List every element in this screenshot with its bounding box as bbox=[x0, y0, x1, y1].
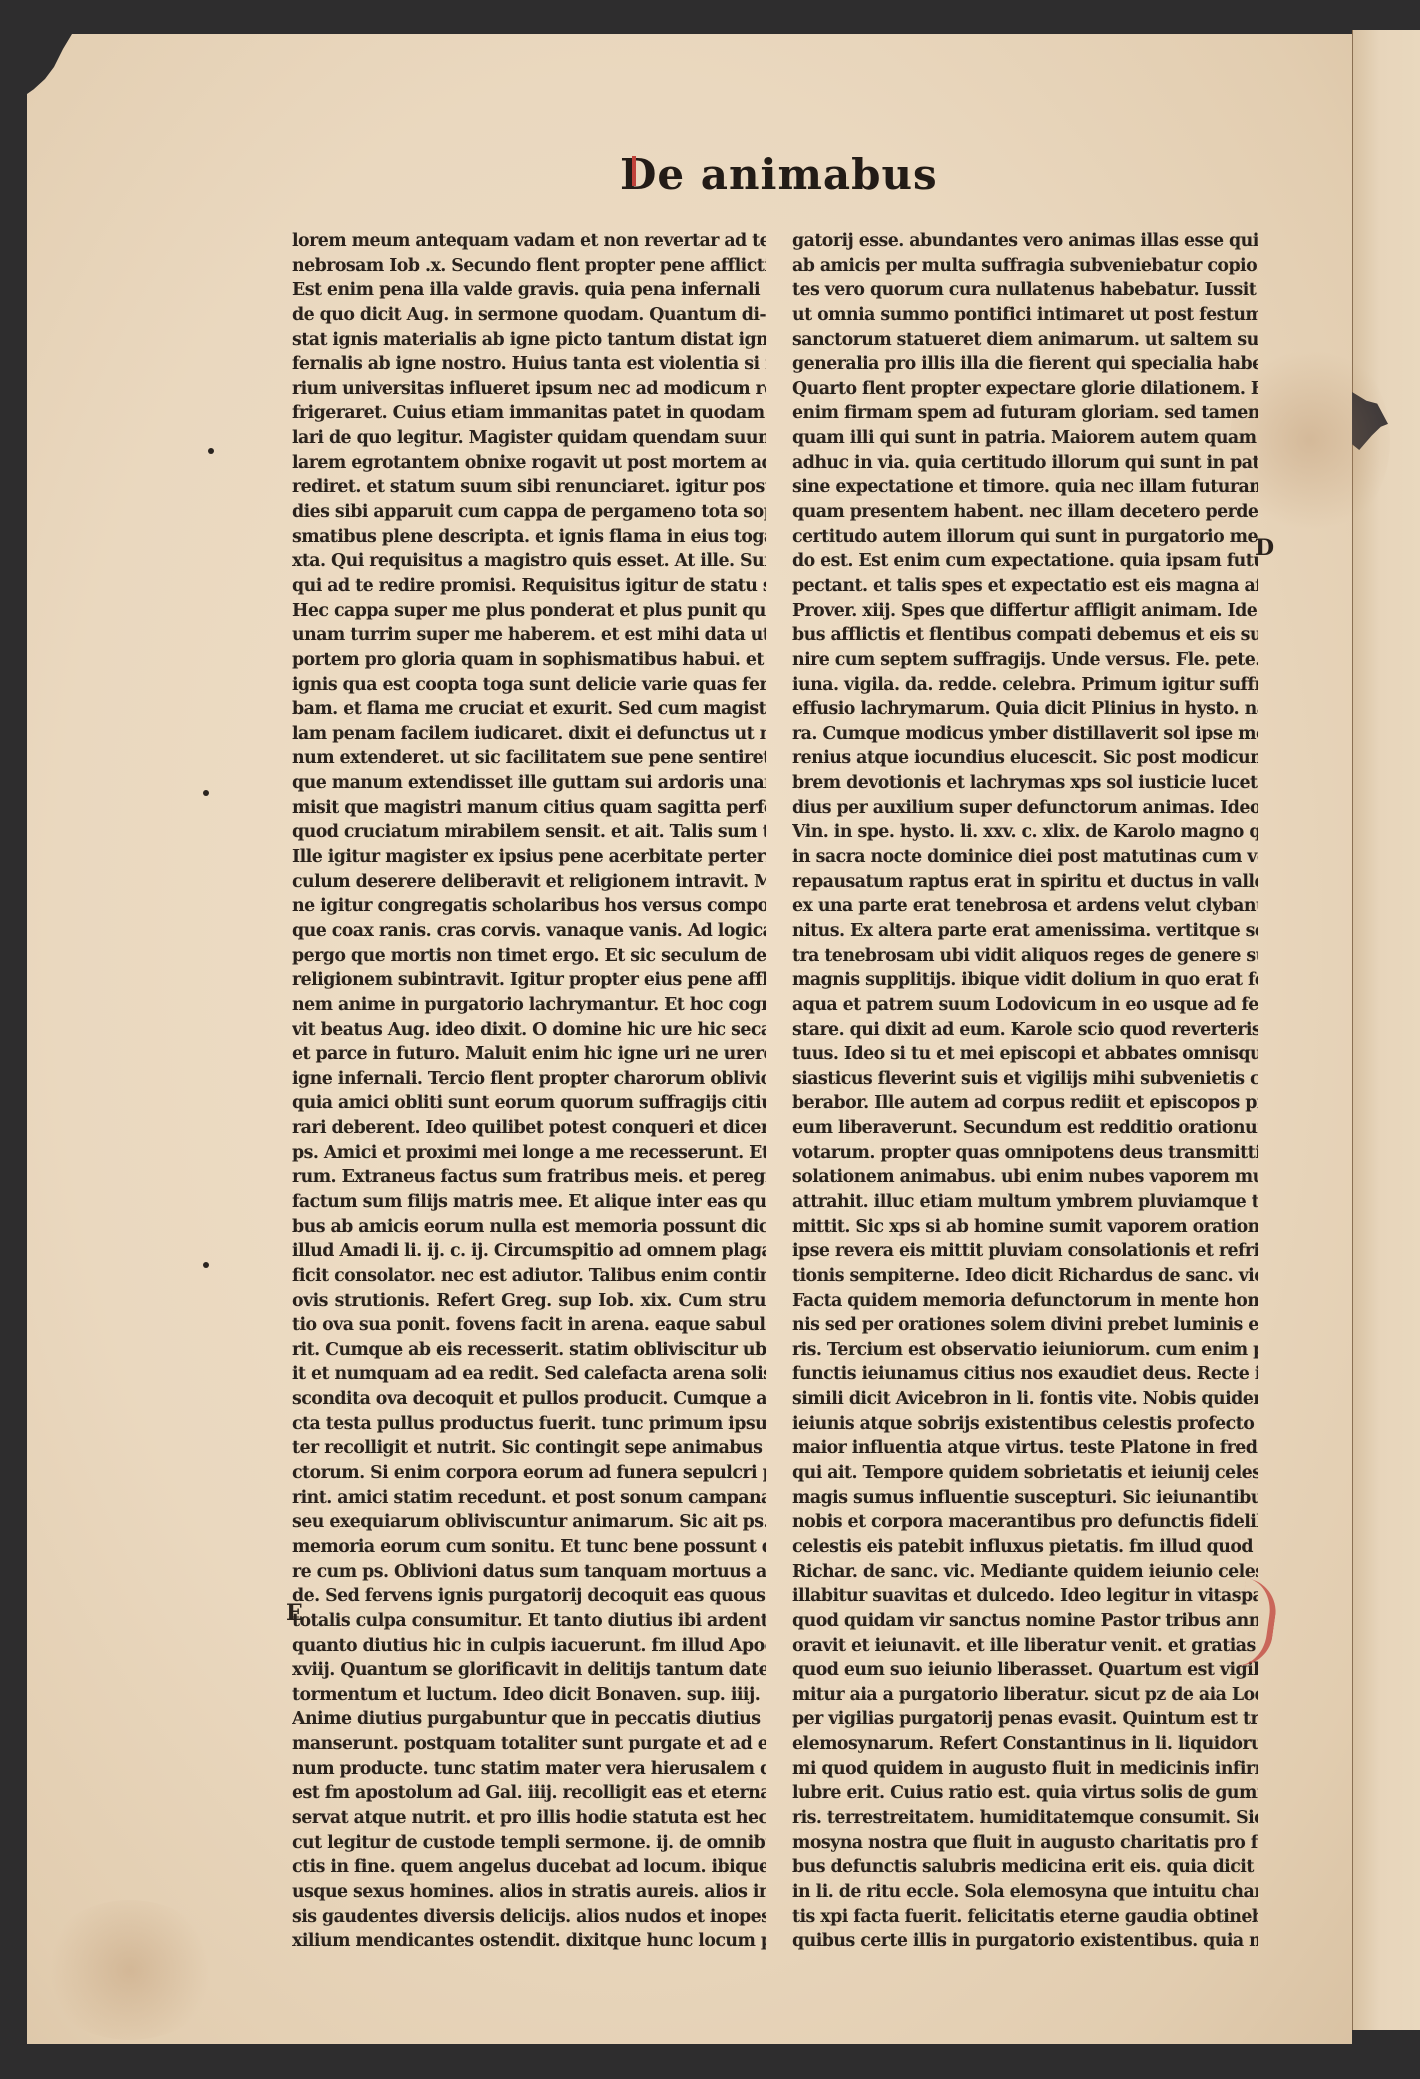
text-line: nire cum septem suffragijs. Unde versus.… bbox=[792, 648, 1258, 673]
text-line: attrahit. illuc etiam multum ymbrem pluv… bbox=[792, 1190, 1258, 1215]
text-line: mosyna nostra que fluit in augusto chari… bbox=[792, 1831, 1258, 1856]
text-line: vit beatus Aug. ideo dixit. O domine hic… bbox=[292, 1018, 766, 1043]
text-line: ieiunis atque sobrijs existentibus celes… bbox=[792, 1412, 1258, 1437]
text-line: rediret. et statum suum sibi renunciaret… bbox=[292, 475, 766, 500]
text-line: gatorij esse. abundantes vero animas ill… bbox=[792, 229, 1258, 254]
text-line: qui ad te redire promisi. Requisitus igi… bbox=[292, 574, 766, 599]
text-line: larem egrotantem obnixe rogavit ut post … bbox=[292, 451, 766, 476]
text-line: xviij. Quantum se glorificavit in deliti… bbox=[292, 1658, 766, 1683]
text-line: Ille igitur magister ex ipsius pene acer… bbox=[292, 845, 766, 870]
text-line: rum. Extraneus factus sum fratribus meis… bbox=[292, 1165, 766, 1190]
text-line: quia amici obliti sunt eorum quorum suff… bbox=[292, 1091, 766, 1116]
text-line: dius per auxilium super defunctorum anim… bbox=[792, 796, 1258, 821]
text-line: Est enim pena illa valde gravis. quia pe… bbox=[292, 278, 766, 303]
text-line: est fm apostolum ad Gal. iiij. recolligi… bbox=[292, 1781, 766, 1806]
text-line: cut legitur de custode templi sermone. i… bbox=[292, 1831, 766, 1856]
text-line: ovis strutionis. Refert Greg. sup Iob. x… bbox=[292, 1289, 766, 1314]
text-line: bam. et flama me cruciat et exurit. Sed … bbox=[292, 697, 766, 722]
text-line: Prover. xiij. Spes que differtur affligi… bbox=[792, 599, 1258, 624]
text-line: ne igitur congregatis scholaribus hos ve… bbox=[292, 894, 766, 919]
margin-dot bbox=[203, 790, 209, 796]
text-line: generalia pro illis illa die fierent qui… bbox=[792, 352, 1258, 377]
text-line: simili dicit Avicebron in li. fontis vit… bbox=[792, 1387, 1258, 1412]
text-line: mitur aia a purgatorio liberatur. sicut … bbox=[792, 1683, 1258, 1708]
text-line: sine expectatione et timore. quia nec il… bbox=[792, 475, 1258, 500]
text-line: magis sumus influentie suscepturi. Sic i… bbox=[792, 1486, 1258, 1511]
text-line: iuna. vigila. da. redde. celebra. Primum… bbox=[792, 673, 1258, 698]
text-line: magnis supplitijs. ibique vidit dolium i… bbox=[792, 968, 1258, 993]
text-line: tormentum et luctum. Ideo dicit Bonaven.… bbox=[292, 1683, 766, 1708]
text-line: ris. terrestreitatem. humiditatemque con… bbox=[792, 1806, 1258, 1831]
right-text-column: gatorij esse. abundantes vero animas ill… bbox=[792, 229, 1258, 1954]
text-line: lam penam facilem iudicaret. dixit ei de… bbox=[292, 722, 766, 747]
text-line: adhuc in via. quia certitudo illorum qui… bbox=[792, 451, 1258, 476]
marginal-letter-d: D bbox=[1255, 535, 1274, 561]
text-line: Vin. in spe. hysto. li. xxv. c. xlix. de… bbox=[792, 820, 1258, 845]
text-line: que coax ranis. cras corvis. vanaque van… bbox=[292, 919, 766, 944]
text-line: quanto diutius hic in culpis iacuerunt. … bbox=[292, 1634, 766, 1659]
text-line: tes vero quorum cura nullatenus habebatu… bbox=[792, 278, 1258, 303]
text-line: Richar. de sanc. vic. Mediante quidem ie… bbox=[792, 1560, 1258, 1585]
text-line: nebrosam Iob .x. Secundo flent propter p… bbox=[292, 254, 766, 279]
text-line: quam presentem habent. nec illam deceter… bbox=[792, 500, 1258, 525]
text-line: votarum. propter quas omnipotens deus tr… bbox=[792, 1141, 1258, 1166]
text-line: ficit consolator. nec est adiutor. Talib… bbox=[292, 1264, 766, 1289]
text-line: illud Amadi li. ij. c. ij. Circumspitio … bbox=[292, 1239, 766, 1264]
text-line: pectant. et talis spes et expectatio est… bbox=[792, 574, 1258, 599]
text-line: ctorum. Si enim corpora eorum ad funera … bbox=[292, 1461, 766, 1486]
text-line: ab amicis per multa suffragia subvenieba… bbox=[792, 254, 1258, 279]
marginal-letter-e: E bbox=[286, 1600, 303, 1626]
text-line: per vigilias purgatorij penas evasit. Qu… bbox=[792, 1707, 1258, 1732]
text-line: mittit. Sic xps si ab homine sumit vapor… bbox=[792, 1215, 1258, 1240]
text-line: stare. qui dixit ad eum. Karole scio quo… bbox=[792, 1018, 1258, 1043]
text-line: ut omnia summo pontifici intimaret ut po… bbox=[792, 303, 1258, 328]
text-line: in sacra nocte dominice diei post matuti… bbox=[792, 845, 1258, 870]
text-line: ps. Amici et proximi mei longe a me rece… bbox=[292, 1141, 766, 1166]
text-line: cta testa pullus productus fuerit. tunc … bbox=[292, 1412, 766, 1437]
text-line: lorem meum antequam vadam et non reverta… bbox=[292, 229, 766, 254]
text-line: ex una parte erat tenebrosa et ardens ve… bbox=[792, 894, 1258, 919]
text-line: certitudo autem illorum qui sunt in purg… bbox=[792, 525, 1258, 550]
text-line: quibus certe illis in purgatorio existen… bbox=[792, 1929, 1258, 1954]
text-line: scondita ova decoquit et pullos producit… bbox=[292, 1387, 766, 1412]
text-line: pergo que mortis non timet ergo. Et sic … bbox=[292, 944, 766, 969]
text-line: quod eum suo ieiunio liberasset. Quartum… bbox=[792, 1658, 1258, 1683]
text-line: qui ait. Tempore quidem sobrietatis et i… bbox=[792, 1461, 1258, 1486]
text-line: repausatum raptus erat in spiritu et duc… bbox=[792, 870, 1258, 895]
text-line: quod cruciatum mirabilem sensit. et ait.… bbox=[292, 820, 766, 845]
text-line: igne infernali. Tercio flent propter cha… bbox=[292, 1067, 766, 1092]
text-line: siasticus fleverint suis et vigilijs mih… bbox=[792, 1067, 1258, 1092]
text-line: factum sum filijs matris mee. Et alique … bbox=[292, 1190, 766, 1215]
text-line: seu exequiarum obliviscuntur animarum. S… bbox=[292, 1510, 766, 1535]
text-line: smatibus plene descripta. et ignis flama… bbox=[292, 525, 766, 550]
text-line: bus afflictis et flentibus compati debem… bbox=[792, 623, 1258, 648]
text-line: nitus. Ex altera parte erat amenissima. … bbox=[792, 919, 1258, 944]
text-line: nobis et corpora macerantibus pro defunc… bbox=[792, 1510, 1258, 1535]
text-line: ra. Cumque modicus ymber distillaverit s… bbox=[792, 722, 1258, 747]
text-line: usque sexus homines. alios in stratis au… bbox=[292, 1880, 766, 1905]
left-text-column: lorem meum antequam vadam et non reverta… bbox=[292, 229, 766, 1954]
text-line: Anime diutius purgabuntur que in peccati… bbox=[292, 1707, 766, 1732]
text-line: nis sed per orationes solem divini prebe… bbox=[792, 1313, 1258, 1338]
text-line: quam illi qui sunt in patria. Maiorem au… bbox=[792, 426, 1258, 451]
text-line: illabitur suavitas et dulcedo. Ideo legi… bbox=[792, 1584, 1258, 1609]
text-line: rint. amici statim recedunt. et post son… bbox=[292, 1486, 766, 1511]
text-line: tionis sempiterne. Ideo dicit Richardus … bbox=[792, 1264, 1258, 1289]
text-line: fernalis ab igne nostro. Huius tanta est… bbox=[292, 352, 766, 377]
text-line: servat atque nutrit. et pro illis hodie … bbox=[292, 1806, 766, 1831]
text-line: sis gaudentes diversis delicijs. alios n… bbox=[292, 1905, 766, 1930]
text-line: aqua et patrem suum Lodovicum in eo usqu… bbox=[792, 993, 1258, 1018]
text-line: tio ova sua ponit. fovens facit in arena… bbox=[292, 1313, 766, 1338]
text-line: in li. de ritu eccle. Sola elemosyna que… bbox=[792, 1880, 1258, 1905]
text-line: num extenderet. ut sic facilitatem sue p… bbox=[292, 746, 766, 771]
text-line: renius atque iocundius elucescit. Sic po… bbox=[792, 746, 1258, 771]
margin-dot bbox=[208, 448, 214, 454]
text-line: maior influentia atque virtus. teste Pla… bbox=[792, 1436, 1258, 1461]
text-line: Facta quidem memoria defunctorum in ment… bbox=[792, 1289, 1258, 1314]
text-line: tuus. Ideo si tu et mei episcopi et abba… bbox=[792, 1042, 1258, 1067]
text-line: xilium mendicantes ostendit. dixitque hu… bbox=[292, 1929, 766, 1954]
text-line: mi quod quidem in augusto fluit in medic… bbox=[792, 1757, 1258, 1782]
text-line: brem devotionis et lachrymas xps sol ius… bbox=[792, 771, 1258, 796]
text-line: berabor. Ille autem ad corpus rediit et … bbox=[792, 1091, 1258, 1116]
text-line: rit. Cumque ab eis recesserit. statim ob… bbox=[292, 1338, 766, 1363]
text-line: effusio lachrymarum. Quia dicit Plinius … bbox=[792, 697, 1258, 722]
text-line: lari de quo legitur. Magister quidam que… bbox=[292, 426, 766, 451]
text-line: totalis culpa consumitur. Et tanto diuti… bbox=[292, 1609, 766, 1634]
text-line: dies sibi apparuit cum cappa de pergamen… bbox=[292, 500, 766, 525]
text-line: unam turrim super me haberem. et est mih… bbox=[292, 623, 766, 648]
text-line: it et numquam ad ea redit. Sed calefacta… bbox=[292, 1362, 766, 1387]
text-line: memoria eorum cum sonitu. Et tunc bene p… bbox=[292, 1535, 766, 1560]
text-line: tis xpi facta fuerit. felicitatis eterne… bbox=[792, 1905, 1258, 1930]
text-line: portem pro gloria quam in sophismatibus … bbox=[292, 648, 766, 673]
text-line: de. Sed fervens ignis purgatorij decoqui… bbox=[292, 1584, 766, 1609]
text-line: eum liberaverunt. Secundum est redditio … bbox=[792, 1116, 1258, 1141]
text-line: oravit et ieiunavit. et ille liberatur v… bbox=[792, 1634, 1258, 1659]
running-head: De animabus bbox=[620, 150, 938, 199]
text-line: rari deberent. Ideo quilibet potest conq… bbox=[292, 1116, 766, 1141]
text-line: Hec cappa super me plus ponderat et plus… bbox=[292, 599, 766, 624]
text-line: ctis in fine. quem angelus ducebat ad lo… bbox=[292, 1855, 766, 1880]
water-stain bbox=[40, 1900, 220, 2040]
text-line: et parce in futuro. Maluit enim hic igne… bbox=[292, 1042, 766, 1067]
text-line: sanctorum statueret diem animarum. ut sa… bbox=[792, 328, 1258, 353]
running-head-text: De animabus bbox=[620, 150, 938, 199]
text-line: enim firmam spem ad futuram gloriam. sed… bbox=[792, 401, 1258, 426]
text-line: solationem animabus. ubi enim nubes vapo… bbox=[792, 1165, 1258, 1190]
text-line: nem anime in purgatorio lachrymantur. Et… bbox=[292, 993, 766, 1018]
text-line: misit que magistri manum citius quam sag… bbox=[292, 796, 766, 821]
text-line: culum deserere deliberavit et religionem… bbox=[292, 870, 766, 895]
text-line: bus defunctis salubris medicina erit eis… bbox=[792, 1855, 1258, 1880]
text-line: que manum extendisset ille guttam sui ar… bbox=[292, 771, 766, 796]
text-line: tra tenebrosam ubi vidit aliquos reges d… bbox=[792, 944, 1258, 969]
text-line: ipse revera eis mittit pluviam consolati… bbox=[792, 1239, 1258, 1264]
text-line: manserunt. postquam totaliter sunt purga… bbox=[292, 1732, 766, 1757]
text-line: num producte. tunc statim mater vera hie… bbox=[292, 1757, 766, 1782]
text-line: functis ieiunamus citius nos exaudiet de… bbox=[792, 1362, 1258, 1387]
text-line: bus ab amicis eorum nulla est memoria po… bbox=[292, 1215, 766, 1240]
text-line: ignis qua est coopta toga sunt delicie v… bbox=[292, 673, 766, 698]
text-line: ris. Tercium est observatio ieiuniorum. … bbox=[792, 1338, 1258, 1363]
text-line: do est. Est enim cum expectatione. quia … bbox=[792, 549, 1258, 574]
text-line: stat ignis materialis ab igne picto tant… bbox=[292, 328, 766, 353]
text-line: de quo dicit Aug. in sermone quodam. Qua… bbox=[292, 303, 766, 328]
margin-dot bbox=[203, 1262, 209, 1268]
text-line: religionem subintravit. Igitur propter e… bbox=[292, 968, 766, 993]
text-line: quod quidam vir sanctus nomine Pastor tr… bbox=[792, 1609, 1258, 1634]
text-line: elemosynarum. Refert Constantinus in li.… bbox=[792, 1732, 1258, 1757]
text-line: xta. Qui requisitus a magistro quis esse… bbox=[292, 549, 766, 574]
text-line: celestis eis patebit influxus pietatis. … bbox=[792, 1535, 1258, 1560]
text-line: ter recolligit et nutrit. Sic contingit … bbox=[292, 1436, 766, 1461]
text-line: re cum ps. Oblivioni datus sum tanquam m… bbox=[292, 1560, 766, 1585]
text-line: lubre erit. Cuius ratio est. quia virtus… bbox=[792, 1781, 1258, 1806]
text-line: Quarto flent propter expectare glorie di… bbox=[792, 377, 1258, 402]
facing-page-edge bbox=[1352, 30, 1420, 2030]
text-line: frigeraret. Cuius etiam immanitas patet … bbox=[292, 401, 766, 426]
text-line: rium universitas influeret ipsum nec ad … bbox=[292, 377, 766, 402]
